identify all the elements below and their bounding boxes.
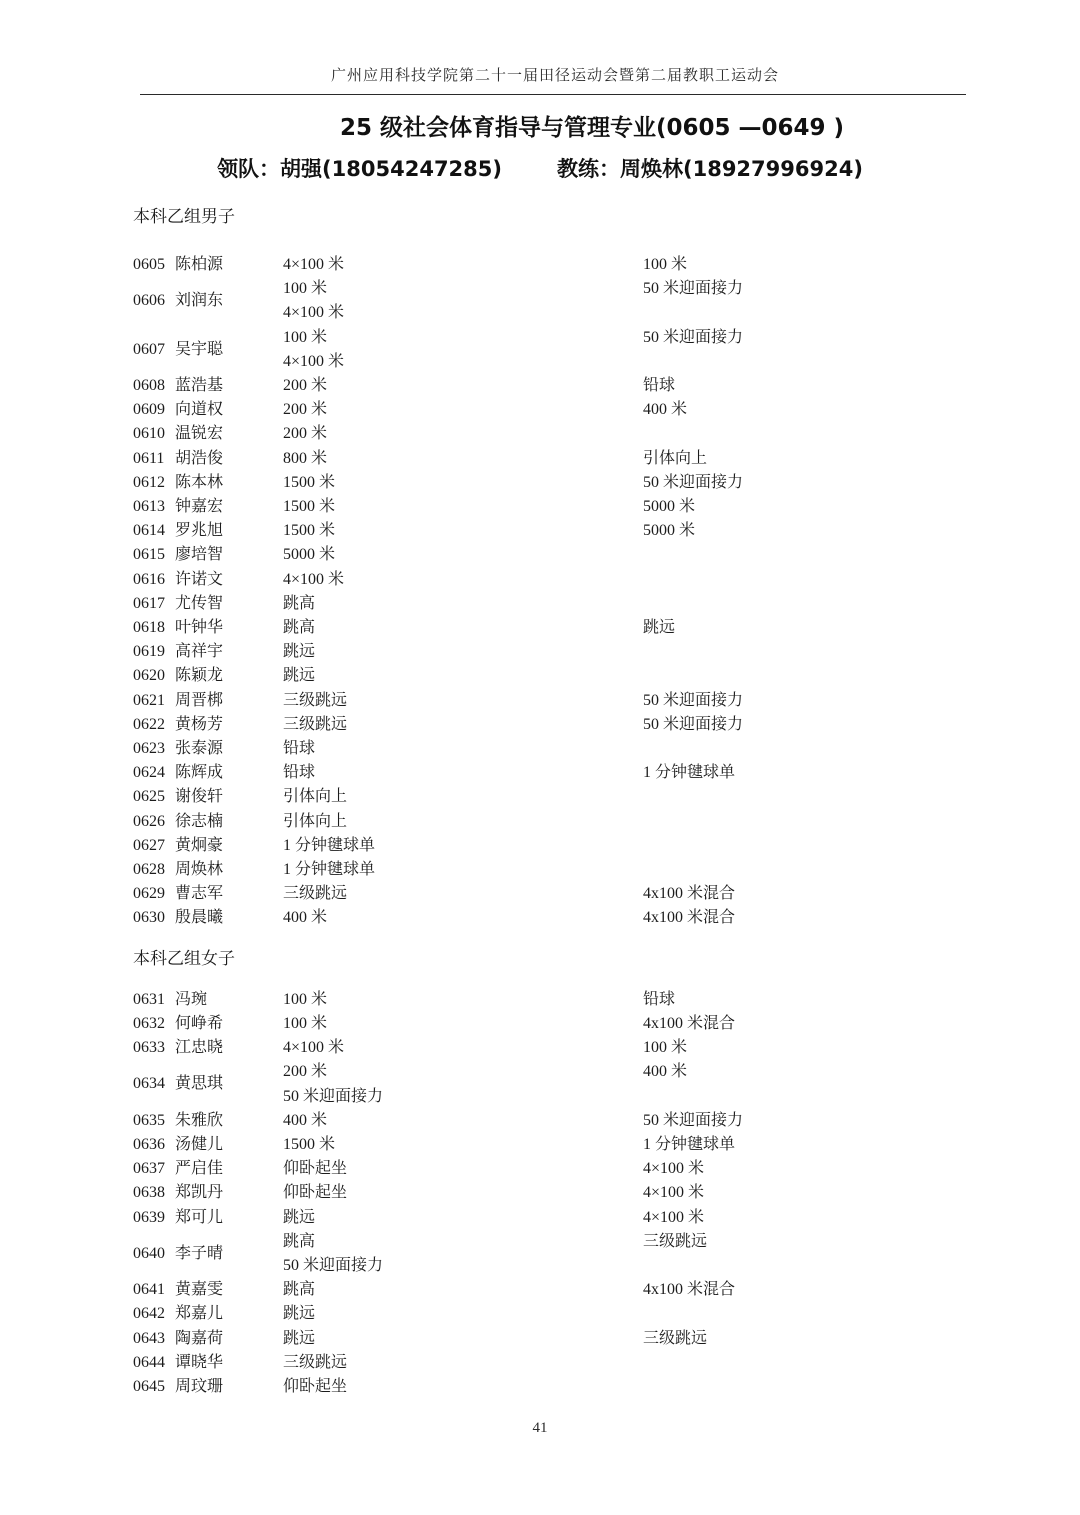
entry-events-primary: 1 分钟毽球单 bbox=[283, 834, 643, 858]
table-row: 0610温锐宏200 米 bbox=[133, 422, 947, 446]
entry-event: 仰卧起坐 bbox=[283, 1375, 643, 1399]
entry-id: 0611 bbox=[133, 447, 175, 471]
table-row: 0630殷晨曦400 米4x100 米混合 bbox=[133, 906, 947, 930]
table-row: 0619高祥宇跳远 bbox=[133, 640, 947, 664]
entry-event: 800 米 bbox=[283, 447, 643, 471]
entry-name: 周玟珊 bbox=[175, 1375, 283, 1399]
entry-event: 跳远 bbox=[283, 1327, 643, 1351]
entry-event: 50 米迎面接力 bbox=[643, 689, 947, 713]
entry-events-primary: 仰卧起坐 bbox=[283, 1181, 643, 1205]
entry-event: 4x100 米混合 bbox=[643, 906, 947, 930]
entry-name: 殷晨曦 bbox=[175, 906, 283, 930]
team-leader-info: 领队：胡强(18054247285) bbox=[217, 155, 502, 183]
entry-events-primary: 跳高 bbox=[283, 1278, 643, 1302]
entry-name: 汤健儿 bbox=[175, 1133, 283, 1157]
entry-name: 冯琬 bbox=[175, 988, 283, 1012]
entry-name: 江忠晓 bbox=[175, 1036, 283, 1060]
entry-name: 黄炯豪 bbox=[175, 834, 283, 858]
entry-event: 1 分钟毽球单 bbox=[283, 858, 643, 882]
table-row: 0641黄嘉雯跳高4x100 米混合 bbox=[133, 1278, 947, 1302]
entry-events-secondary bbox=[643, 543, 947, 567]
page-number: 41 bbox=[0, 1420, 1080, 1437]
entry-event: 跳远 bbox=[643, 616, 947, 640]
table-row: 0632何峥希100 米4x100 米混合 bbox=[133, 1012, 947, 1036]
entry-name: 黄思琪 bbox=[175, 1072, 283, 1096]
entry-event: 4×100 米 bbox=[283, 1036, 643, 1060]
table-row: 0629曹志军三级跳远4x100 米混合 bbox=[133, 882, 947, 906]
entry-event: 跳高 bbox=[283, 592, 643, 616]
entry-events-secondary bbox=[643, 1351, 947, 1375]
entry-event: 跳高 bbox=[283, 1278, 643, 1302]
entry-name: 周焕林 bbox=[175, 858, 283, 882]
table-row: 0623张泰源铅球 bbox=[133, 737, 947, 761]
table-row: 0636汤健儿1500 米1 分钟毽球单 bbox=[133, 1133, 947, 1157]
entry-event: 100 米 bbox=[643, 253, 947, 277]
entry-event: 50 米迎面接力 bbox=[643, 277, 947, 301]
entry-events-secondary: 5000 米 bbox=[643, 519, 947, 543]
entry-name: 吴宇聪 bbox=[175, 338, 283, 362]
entry-events-primary: 400 米 bbox=[283, 906, 643, 930]
table-row: 0614罗兆旭1500 米5000 米 bbox=[133, 519, 947, 543]
entry-event bbox=[643, 1375, 947, 1399]
entry-events-secondary bbox=[643, 422, 947, 446]
table-row: 0642郑嘉儿跳远 bbox=[133, 1302, 947, 1326]
entry-events-primary: 4×100 米 bbox=[283, 253, 643, 277]
entry-event: 铅球 bbox=[283, 761, 643, 785]
table-row: 0628周焕林1 分钟毽球单 bbox=[133, 858, 947, 882]
entry-event: 4×100 米 bbox=[283, 301, 643, 325]
entry-event: 三级跳远 bbox=[283, 1351, 643, 1375]
entry-id: 0621 bbox=[133, 689, 175, 713]
table-row: 0607吴宇聪100 米4×100 米50 米迎面接力 bbox=[133, 326, 947, 374]
entry-id: 0614 bbox=[133, 519, 175, 543]
entry-id: 0644 bbox=[133, 1351, 175, 1375]
entry-event: 铅球 bbox=[643, 374, 947, 398]
entry-event: 仰卧起坐 bbox=[283, 1157, 643, 1181]
entry-events-primary: 三级跳远 bbox=[283, 882, 643, 906]
entry-name: 尤传智 bbox=[175, 592, 283, 616]
entry-events-secondary bbox=[643, 737, 947, 761]
entry-id: 0618 bbox=[133, 616, 175, 640]
entry-event: 50 米迎面接力 bbox=[643, 326, 947, 350]
entry-event: 三级跳远 bbox=[283, 689, 643, 713]
entry-events-secondary: 100 米 bbox=[643, 1036, 947, 1060]
entry-event: 100 米 bbox=[643, 1036, 947, 1060]
entry-events-secondary: 4x100 米混合 bbox=[643, 882, 947, 906]
table-row: 0633江忠晓4×100 米100 米 bbox=[133, 1036, 947, 1060]
entry-events-secondary bbox=[643, 810, 947, 834]
entry-event: 50 米迎面接力 bbox=[643, 713, 947, 737]
entry-event: 200 米 bbox=[283, 398, 643, 422]
entry-event: 1 分钟毽球单 bbox=[283, 834, 643, 858]
entry-events-primary: 200 米 bbox=[283, 374, 643, 398]
entry-events-secondary: 4×100 米 bbox=[643, 1157, 947, 1181]
leaders-line: 领队：胡强(18054247285) 教练：周焕林(18927996924) bbox=[0, 155, 1080, 183]
entry-events-primary: 三级跳远 bbox=[283, 713, 643, 737]
table-row: 0644谭晓华三级跳远 bbox=[133, 1351, 947, 1375]
entry-event: 三级跳远 bbox=[283, 713, 643, 737]
entry-events-secondary bbox=[643, 568, 947, 592]
entry-event: 5000 米 bbox=[643, 519, 947, 543]
entry-events-primary: 1500 米 bbox=[283, 471, 643, 495]
entry-name: 温锐宏 bbox=[175, 422, 283, 446]
entry-event: 100 米 bbox=[283, 988, 643, 1012]
entry-event: 100 米 bbox=[283, 277, 643, 301]
entry-id: 0616 bbox=[133, 568, 175, 592]
entry-event: 4×100 米 bbox=[643, 1157, 947, 1181]
entry-events-primary: 1500 米 bbox=[283, 1133, 643, 1157]
entry-events-primary: 跳远 bbox=[283, 640, 643, 664]
entry-events-primary: 800 米 bbox=[283, 447, 643, 471]
entry-events-secondary bbox=[643, 592, 947, 616]
table-row: 0622黄杨芳三级跳远50 米迎面接力 bbox=[133, 713, 947, 737]
entry-events-primary: 跳高 bbox=[283, 616, 643, 640]
table-row: 0631冯琬100 米铅球 bbox=[133, 988, 947, 1012]
entry-event: 50 米迎面接力 bbox=[643, 471, 947, 495]
entry-events-secondary: 铅球 bbox=[643, 988, 947, 1012]
entry-events-primary: 跳远 bbox=[283, 1206, 643, 1230]
entry-event: 三级跳远 bbox=[283, 882, 643, 906]
entry-id: 0609 bbox=[133, 398, 175, 422]
entry-events-secondary: 4×100 米 bbox=[643, 1206, 947, 1230]
entry-event: 引体向上 bbox=[283, 810, 643, 834]
entry-id: 0625 bbox=[133, 785, 175, 809]
entry-event bbox=[643, 592, 947, 616]
entry-name: 郑嘉儿 bbox=[175, 1302, 283, 1326]
entry-events-secondary bbox=[643, 640, 947, 664]
entry-events-primary: 跳高50 米迎面接力 bbox=[283, 1230, 643, 1278]
entry-id: 0626 bbox=[133, 810, 175, 834]
entry-events-secondary: 100 米 bbox=[643, 253, 947, 277]
entry-events-secondary bbox=[643, 1375, 947, 1399]
entry-event: 跳远 bbox=[283, 664, 643, 688]
table-row: 0615廖培智5000 米 bbox=[133, 543, 947, 567]
entry-event: 跳高 bbox=[283, 616, 643, 640]
entry-id: 0632 bbox=[133, 1012, 175, 1036]
entry-name: 谢俊轩 bbox=[175, 785, 283, 809]
entry-events-secondary: 4x100 米混合 bbox=[643, 906, 947, 930]
entry-id: 0606 bbox=[133, 289, 175, 313]
entry-events-secondary: 1 分钟毽球单 bbox=[643, 1133, 947, 1157]
entry-name: 曹志军 bbox=[175, 882, 283, 906]
entry-events-primary: 跳高 bbox=[283, 592, 643, 616]
entry-events-secondary bbox=[643, 1302, 947, 1326]
table-row: 0620陈颖龙跳远 bbox=[133, 664, 947, 688]
entry-events-primary: 200 米50 米迎面接力 bbox=[283, 1060, 643, 1108]
entry-events-primary: 仰卧起坐 bbox=[283, 1375, 643, 1399]
entry-events-secondary bbox=[643, 785, 947, 809]
entry-event: 1500 米 bbox=[283, 471, 643, 495]
entry-name: 何峥希 bbox=[175, 1012, 283, 1036]
entry-name: 叶钟华 bbox=[175, 616, 283, 640]
coach-info: 教练：周焕林(18927996924) bbox=[557, 155, 863, 183]
entry-id: 0622 bbox=[133, 713, 175, 737]
entry-id: 0623 bbox=[133, 737, 175, 761]
entry-name: 蓝浩基 bbox=[175, 374, 283, 398]
entry-event: 引体向上 bbox=[643, 447, 947, 471]
entry-id: 0624 bbox=[133, 761, 175, 785]
table-row: 0612陈本林1500 米50 米迎面接力 bbox=[133, 471, 947, 495]
entry-event: 200 米 bbox=[283, 422, 643, 446]
table-row: 0638郑凯丹仰卧起坐4×100 米 bbox=[133, 1181, 947, 1205]
entry-events-primary: 100 米 bbox=[283, 988, 643, 1012]
entry-name: 高祥宇 bbox=[175, 640, 283, 664]
entry-id: 0638 bbox=[133, 1181, 175, 1205]
section-heading: 本科乙组女子 bbox=[133, 947, 947, 971]
entry-id: 0610 bbox=[133, 422, 175, 446]
entry-event: 三级跳远 bbox=[643, 1230, 947, 1254]
entry-id: 0636 bbox=[133, 1133, 175, 1157]
entry-name: 钟嘉宏 bbox=[175, 495, 283, 519]
entry-event bbox=[643, 737, 947, 761]
entry-event bbox=[643, 858, 947, 882]
table-row: 0617尤传智跳高 bbox=[133, 592, 947, 616]
entry-name: 郑可儿 bbox=[175, 1206, 283, 1230]
table-row: 0626徐志楠引体向上 bbox=[133, 810, 947, 834]
entry-name: 陈辉成 bbox=[175, 761, 283, 785]
entry-name: 陈柏源 bbox=[175, 253, 283, 277]
entry-events-primary: 跳远 bbox=[283, 1327, 643, 1351]
entry-events-primary: 200 米 bbox=[283, 398, 643, 422]
entry-id: 0619 bbox=[133, 640, 175, 664]
entry-id: 0629 bbox=[133, 882, 175, 906]
table-row: 0639郑可儿跳远4×100 米 bbox=[133, 1206, 947, 1230]
entry-events-secondary: 400 米 bbox=[643, 398, 947, 422]
entry-id: 0633 bbox=[133, 1036, 175, 1060]
entry-event: 4x100 米混合 bbox=[643, 882, 947, 906]
header-divider bbox=[140, 94, 966, 95]
table-row: 0618叶钟华跳高跳远 bbox=[133, 616, 947, 640]
entry-events-primary: 仰卧起坐 bbox=[283, 1157, 643, 1181]
entry-event: 100 米 bbox=[283, 326, 643, 350]
entry-id: 0612 bbox=[133, 471, 175, 495]
table-row: 0605陈柏源4×100 米100 米 bbox=[133, 253, 947, 277]
entry-event bbox=[643, 543, 947, 567]
entry-events-secondary: 50 米迎面接力 bbox=[643, 277, 947, 301]
entry-event: 跳远 bbox=[283, 1302, 643, 1326]
entry-event: 4×100 米 bbox=[283, 253, 643, 277]
table-row: 0621周晋梆三级跳远50 米迎面接力 bbox=[133, 689, 947, 713]
entry-events-secondary: 50 米迎面接力 bbox=[643, 326, 947, 350]
entry-events-primary: 100 米4×100 米 bbox=[283, 326, 643, 374]
entry-events-primary: 200 米 bbox=[283, 422, 643, 446]
table-row: 0643陶嘉荷跳远三级跳远 bbox=[133, 1327, 947, 1351]
entry-events-primary: 5000 米 bbox=[283, 543, 643, 567]
entry-event bbox=[643, 1302, 947, 1326]
roster: 本科乙组男子0605陈柏源4×100 米100 米0606刘润东100 米4×1… bbox=[133, 205, 947, 1399]
entry-event: 200 米 bbox=[283, 374, 643, 398]
table-row: 0634黄思琪200 米50 米迎面接力400 米 bbox=[133, 1060, 947, 1108]
entry-events-secondary: 4x100 米混合 bbox=[643, 1012, 947, 1036]
table-row: 0637严启佳仰卧起坐4×100 米 bbox=[133, 1157, 947, 1181]
entry-name: 向道权 bbox=[175, 398, 283, 422]
entry-id: 0634 bbox=[133, 1072, 175, 1096]
entry-event: 400 米 bbox=[643, 1060, 947, 1084]
entry-events-primary: 铅球 bbox=[283, 761, 643, 785]
entry-id: 0640 bbox=[133, 1242, 175, 1266]
running-header: 广州应用科技学院第二十一届田径运动会暨第二届教职工运动会 bbox=[0, 64, 1080, 85]
table-row: 0613钟嘉宏1500 米5000 米 bbox=[133, 495, 947, 519]
entry-id: 0635 bbox=[133, 1109, 175, 1133]
entry-events-secondary: 4x100 米混合 bbox=[643, 1278, 947, 1302]
entry-event bbox=[643, 664, 947, 688]
entry-events-primary: 4×100 米 bbox=[283, 1036, 643, 1060]
entry-id: 0617 bbox=[133, 592, 175, 616]
entry-event: 4x100 米混合 bbox=[643, 1012, 947, 1036]
entry-id: 0643 bbox=[133, 1327, 175, 1351]
entry-events-secondary: 跳远 bbox=[643, 616, 947, 640]
entry-events-primary: 铅球 bbox=[283, 737, 643, 761]
table-row: 0606刘润东100 米4×100 米50 米迎面接力 bbox=[133, 277, 947, 325]
entry-events-secondary: 50 米迎面接力 bbox=[643, 471, 947, 495]
entry-event: 200 米 bbox=[283, 1060, 643, 1084]
table-row: 0608蓝浩基200 米铅球 bbox=[133, 374, 947, 398]
entry-event: 引体向上 bbox=[283, 785, 643, 809]
entry-name: 谭晓华 bbox=[175, 1351, 283, 1375]
table-row: 0616许诺文4×100 米 bbox=[133, 568, 947, 592]
entry-events-secondary: 铅球 bbox=[643, 374, 947, 398]
entry-id: 0627 bbox=[133, 834, 175, 858]
entry-event: 4×100 米 bbox=[643, 1181, 947, 1205]
entry-events-primary: 1 分钟毽球单 bbox=[283, 858, 643, 882]
entry-events-primary: 三级跳远 bbox=[283, 689, 643, 713]
entry-event: 50 米迎面接力 bbox=[283, 1085, 643, 1109]
entry-events-secondary bbox=[643, 858, 947, 882]
entry-event: 50 米迎面接力 bbox=[283, 1254, 643, 1278]
entry-name: 陈颖龙 bbox=[175, 664, 283, 688]
entry-events-primary: 引体向上 bbox=[283, 785, 643, 809]
entry-event bbox=[643, 1351, 947, 1375]
entry-event: 跳高 bbox=[283, 1230, 643, 1254]
entry-id: 0642 bbox=[133, 1302, 175, 1326]
entry-name: 陶嘉荷 bbox=[175, 1327, 283, 1351]
table-row: 0627黄炯豪1 分钟毽球单 bbox=[133, 834, 947, 858]
entry-event: 1 分钟毽球单 bbox=[643, 1133, 947, 1157]
entry-event bbox=[643, 810, 947, 834]
entry-id: 0628 bbox=[133, 858, 175, 882]
entry-id: 0630 bbox=[133, 906, 175, 930]
entry-event bbox=[643, 834, 947, 858]
entry-event: 1500 米 bbox=[283, 519, 643, 543]
entry-name: 徐志楠 bbox=[175, 810, 283, 834]
entry-event: 跳远 bbox=[283, 1206, 643, 1230]
entry-name: 黄杨芳 bbox=[175, 713, 283, 737]
entry-name: 廖培智 bbox=[175, 543, 283, 567]
entry-event: 50 米迎面接力 bbox=[643, 1109, 947, 1133]
entry-events-secondary: 三级跳远 bbox=[643, 1230, 947, 1254]
entry-event: 铅球 bbox=[643, 988, 947, 1012]
entry-events-primary: 4×100 米 bbox=[283, 568, 643, 592]
entry-events-primary: 100 米 bbox=[283, 1012, 643, 1036]
entry-id: 0613 bbox=[133, 495, 175, 519]
table-row: 0645周玟珊仰卧起坐 bbox=[133, 1375, 947, 1399]
entry-name: 陈本林 bbox=[175, 471, 283, 495]
entry-events-secondary: 1 分钟毽球单 bbox=[643, 761, 947, 785]
entry-event: 1500 米 bbox=[283, 495, 643, 519]
entry-name: 刘润东 bbox=[175, 289, 283, 313]
entry-event: 1 分钟毽球单 bbox=[643, 761, 947, 785]
entry-id: 0631 bbox=[133, 988, 175, 1012]
entry-events-primary: 跳远 bbox=[283, 1302, 643, 1326]
entry-events-secondary: 50 米迎面接力 bbox=[643, 689, 947, 713]
entry-event bbox=[643, 568, 947, 592]
entry-event bbox=[643, 422, 947, 446]
entry-id: 0615 bbox=[133, 543, 175, 567]
entry-name: 周晋梆 bbox=[175, 689, 283, 713]
entry-id: 0637 bbox=[133, 1157, 175, 1181]
entry-event bbox=[643, 640, 947, 664]
entry-events-primary: 400 米 bbox=[283, 1109, 643, 1133]
entry-name: 严启佳 bbox=[175, 1157, 283, 1181]
entry-event: 铅球 bbox=[283, 737, 643, 761]
table-row: 0624陈辉成铅球1 分钟毽球单 bbox=[133, 761, 947, 785]
table-row: 0635朱雅欣400 米50 米迎面接力 bbox=[133, 1109, 947, 1133]
entry-id: 0605 bbox=[133, 253, 175, 277]
entry-events-secondary bbox=[643, 834, 947, 858]
entry-event: 跳远 bbox=[283, 640, 643, 664]
entry-id: 0607 bbox=[133, 338, 175, 362]
entry-event: 400 米 bbox=[283, 906, 643, 930]
document-page: 广州应用科技学院第二十一届田径运动会暨第二届教职工运动会 25 级社会体育指导与… bbox=[0, 0, 1080, 1515]
entry-events-primary: 三级跳远 bbox=[283, 1351, 643, 1375]
entry-event: 三级跳远 bbox=[643, 1327, 947, 1351]
entry-events-secondary: 三级跳远 bbox=[643, 1327, 947, 1351]
entry-events-primary: 1500 米 bbox=[283, 519, 643, 543]
entry-name: 罗兆旭 bbox=[175, 519, 283, 543]
entry-name: 朱雅欣 bbox=[175, 1109, 283, 1133]
entry-name: 郑凯丹 bbox=[175, 1181, 283, 1205]
entry-event: 5000 米 bbox=[643, 495, 947, 519]
entry-event: 4×100 米 bbox=[283, 350, 643, 374]
entry-id: 0608 bbox=[133, 374, 175, 398]
entry-id: 0645 bbox=[133, 1375, 175, 1399]
entry-event: 4×100 米 bbox=[643, 1206, 947, 1230]
page-title: 25 级社会体育指导与管理专业(0605 —0649 ) bbox=[104, 113, 1080, 143]
entry-events-secondary: 5000 米 bbox=[643, 495, 947, 519]
table-row: 0625谢俊轩引体向上 bbox=[133, 785, 947, 809]
entry-event: 4x100 米混合 bbox=[643, 1278, 947, 1302]
table-row: 0640李子晴跳高50 米迎面接力三级跳远 bbox=[133, 1230, 947, 1278]
entry-events-secondary: 400 米 bbox=[643, 1060, 947, 1084]
entry-events-primary: 跳远 bbox=[283, 664, 643, 688]
table-row: 0611胡浩俊800 米引体向上 bbox=[133, 447, 947, 471]
entry-id: 0639 bbox=[133, 1206, 175, 1230]
entry-name: 张泰源 bbox=[175, 737, 283, 761]
table-row: 0609向道权200 米400 米 bbox=[133, 398, 947, 422]
entry-event: 100 米 bbox=[283, 1012, 643, 1036]
entry-event: 仰卧起坐 bbox=[283, 1181, 643, 1205]
entry-event: 5000 米 bbox=[283, 543, 643, 567]
entry-events-secondary bbox=[643, 664, 947, 688]
entry-events-primary: 100 米4×100 米 bbox=[283, 277, 643, 325]
entry-event bbox=[643, 785, 947, 809]
entry-name: 李子晴 bbox=[175, 1242, 283, 1266]
entry-name: 黄嘉雯 bbox=[175, 1278, 283, 1302]
entry-event: 400 米 bbox=[643, 398, 947, 422]
title-block: 25 级社会体育指导与管理专业(0605 —0649 ) bbox=[0, 113, 1080, 143]
entry-events-secondary: 50 米迎面接力 bbox=[643, 713, 947, 737]
entry-events-primary: 引体向上 bbox=[283, 810, 643, 834]
entry-id: 0641 bbox=[133, 1278, 175, 1302]
entry-event: 400 米 bbox=[283, 1109, 643, 1133]
entry-events-secondary: 4×100 米 bbox=[643, 1181, 947, 1205]
entry-events-secondary: 50 米迎面接力 bbox=[643, 1109, 947, 1133]
entry-id: 0620 bbox=[133, 664, 175, 688]
entry-event: 4×100 米 bbox=[283, 568, 643, 592]
entry-name: 胡浩俊 bbox=[175, 447, 283, 471]
section-heading: 本科乙组男子 bbox=[133, 205, 947, 229]
entry-events-primary: 1500 米 bbox=[283, 495, 643, 519]
